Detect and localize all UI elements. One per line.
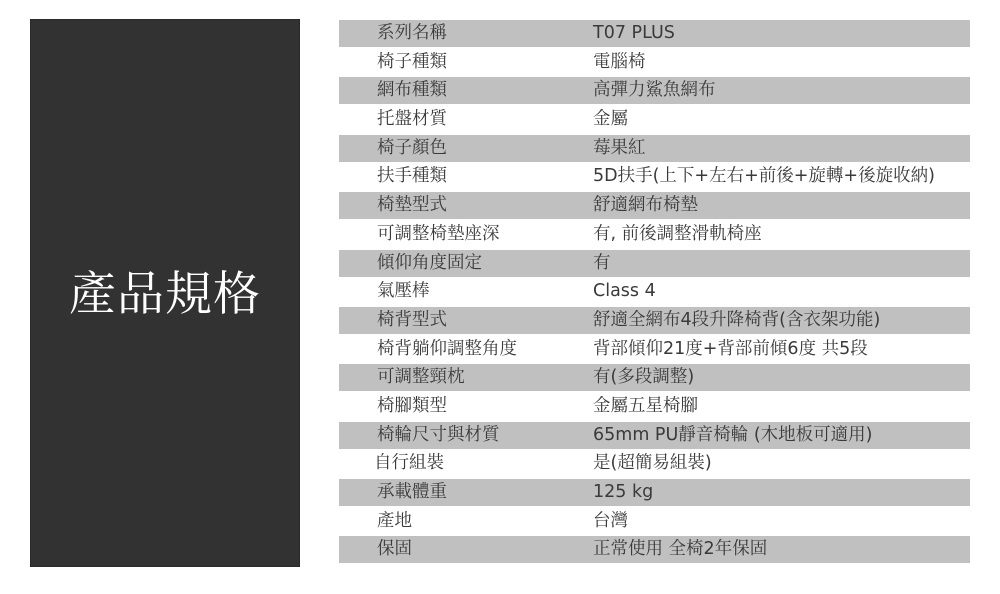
spec-value: 5D扶手(上下+左右+前後+旋轉+後旋收納) [593,163,935,190]
spec-row-backrest-type: 椅背型式 舒適全網布4段升降椅背(含衣架功能) [339,307,970,336]
spec-row-warranty: 保固 正常使用 全椅2年保固 [339,536,970,565]
spec-label: 系列名稱 [377,20,447,47]
spec-row-tray-material: 托盤材質 金屬 [339,106,970,135]
spec-label: 傾仰角度固定 [377,250,482,277]
spec-row-series-name: 系列名稱 T07 PLUS [339,20,970,49]
spec-row-seat-cushion-type: 椅墊型式 舒適網布椅墊 [339,192,970,221]
spec-label: 網布種類 [377,77,447,104]
spec-label: 可調整頸枕 [377,364,465,391]
spec-value: 電腦椅 [593,49,646,76]
spec-value: 正常使用 全椅2年保固 [593,536,767,563]
spec-label: 產地 [377,508,412,535]
spec-row-origin: 產地 台灣 [339,508,970,537]
spec-row-seat-depth: 可調整椅墊座深 有, 前後調整滑軌椅座 [339,221,970,250]
spec-label: 椅輪尺寸與材質 [377,422,500,449]
spec-value: 125 kg [593,479,653,506]
spec-value: 是(超簡易組裝) [593,450,712,477]
spec-label: 承載體重 [377,479,447,506]
spec-label: 椅背型式 [377,307,447,334]
spec-label: 椅子種類 [377,49,447,76]
spec-row-self-assembly: 自行組裝 是(超簡易組裝) [339,450,970,479]
page-title: 產品規格 [69,271,261,318]
spec-row-weight-capacity: 承載體重 125 kg [339,479,970,508]
spec-value: 舒適網布椅墊 [593,192,698,219]
spec-value: 金屬五星椅腳 [593,393,698,420]
spec-row-mesh-type: 網布種類 高彈力鯊魚網布 [339,77,970,106]
spec-value: 有(多段調整) [593,364,694,391]
spec-label: 椅背躺仰調整角度 [377,336,517,363]
spec-label: 椅子顏色 [377,135,447,162]
spec-row-chair-color: 椅子顏色 莓果紅 [339,135,970,164]
spec-row-tilt-lock: 傾仰角度固定 有 [339,250,970,279]
spec-value: 背部傾仰21度+背部前傾6度 共5段 [593,336,868,363]
spec-value: 莓果紅 [593,135,646,162]
spec-label: 托盤材質 [377,106,447,133]
spec-value: 舒適全網布4段升降椅背(含衣架功能) [593,307,880,334]
spec-row-chair-type: 椅子種類 電腦椅 [339,49,970,78]
spec-label: 氣壓棒 [377,278,430,305]
spec-value: 有, 前後調整滑軌椅座 [593,221,762,248]
spec-value: 金屬 [593,106,628,133]
spec-row-base-type: 椅腳類型 金屬五星椅腳 [339,393,970,422]
spec-label: 椅墊型式 [377,192,447,219]
spec-label: 可調整椅墊座深 [377,221,500,248]
spec-value: 65mm PU靜音椅輪 (木地板可適用) [593,422,873,449]
spec-row-recline-angle: 椅背躺仰調整角度 背部傾仰21度+背部前傾6度 共5段 [339,336,970,365]
spec-row-headrest: 可調整頸枕 有(多段調整) [339,364,970,393]
spec-value: 有 [593,250,611,277]
spec-label: 扶手種類 [377,163,447,190]
title-panel: 產品規格 [31,20,299,566]
spec-value: 高彈力鯊魚網布 [593,77,716,104]
spec-label: 椅腳類型 [377,393,447,420]
spec-row-gas-lift: 氣壓棒 Class 4 [339,278,970,307]
spec-row-armrest-type: 扶手種類 5D扶手(上下+左右+前後+旋轉+後旋收納) [339,163,970,192]
spec-value: 台灣 [593,508,628,535]
spec-row-caster: 椅輪尺寸與材質 65mm PU靜音椅輪 (木地板可適用) [339,422,970,451]
spec-value: Class 4 [593,278,656,305]
spec-label: 保固 [377,536,412,563]
spec-value: T07 PLUS [593,20,675,47]
spec-label: 自行組裝 [374,450,444,477]
spec-table: 系列名稱 T07 PLUS 椅子種類 電腦椅 網布種類 高彈力鯊魚網布 托盤材質… [339,20,970,565]
